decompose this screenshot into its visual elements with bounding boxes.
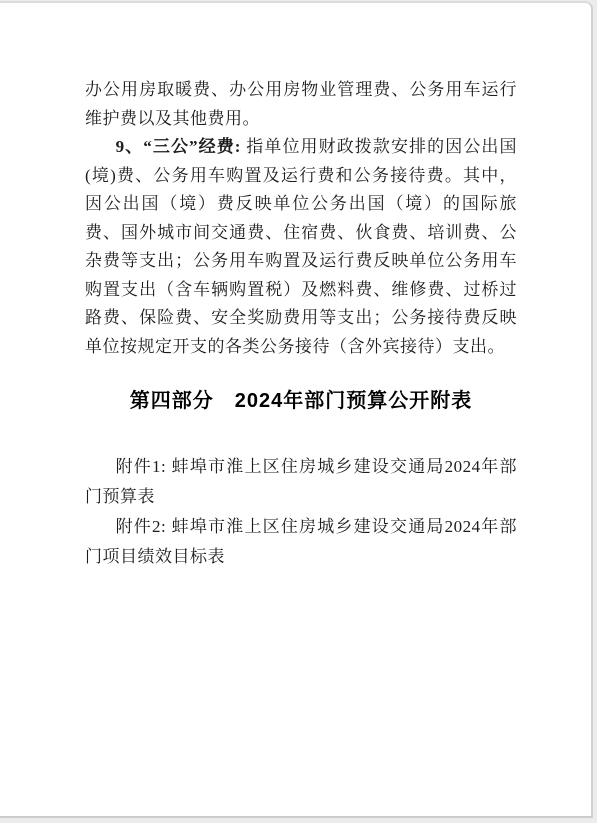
document-page: 办公用房取暖费、办公用房物业管理费、公务用车运行维护费以及其他费用。 9、“三公… xyxy=(0,1,593,818)
pdf-viewport: 办公用房取暖费、办公用房物业管理费、公务用车运行维护费以及其他费用。 9、“三公… xyxy=(0,0,597,823)
san-gong-definition: 指单位用财政拨款安排的因公出国(境)费、公务用车购置及运行费和公务接待费。其中，… xyxy=(85,137,517,356)
section-heading: 第四部分 2024年部门预算公开附表 xyxy=(85,386,517,416)
page-content: 办公用房取暖费、办公用房物业管理费、公务用车运行维护费以及其他费用。 9、“三公… xyxy=(85,76,517,572)
san-gong-term-bold: 9、“三公”经费: xyxy=(116,137,247,156)
paragraph-continuation: 办公用房取暖费、办公用房物业管理费、公务用车运行维护费以及其他费用。 xyxy=(85,76,517,133)
paragraph-san-gong: 9、“三公”经费: 指单位用财政拨款安排的因公出国(境)费、公务用车购置及运行费… xyxy=(85,133,517,361)
attachment-item-1: 附件1: 蚌埠市淮上区住房城乡建设交通局2024年部门预算表 xyxy=(85,452,517,512)
attachment-item-2: 附件2: 蚌埠市淮上区住房城乡建设交通局2024年部门项目绩效目标表 xyxy=(85,512,517,572)
